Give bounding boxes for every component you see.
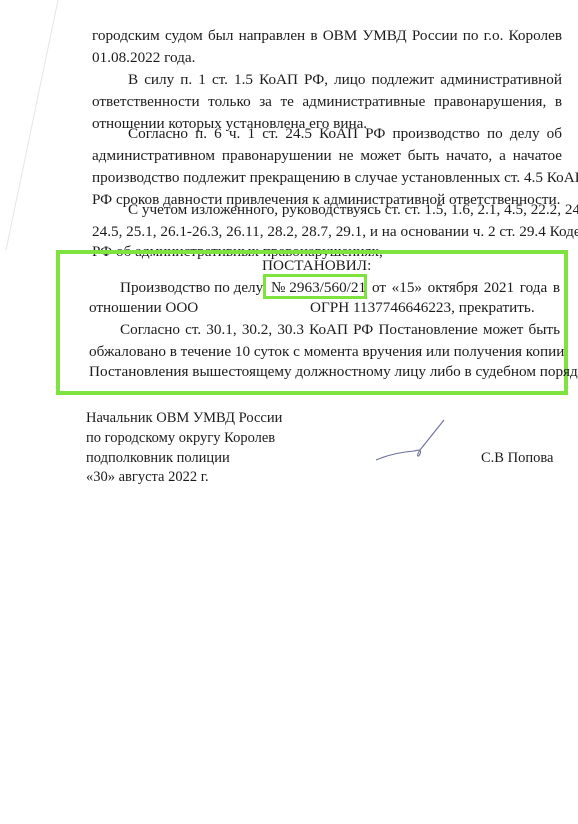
text-line: С учетом изложенного, руководствуясь ст.… [128,200,562,220]
text-line: Постановления вышестоящему должностному … [89,362,578,382]
text-line: 24.5, 25.1, 26.1-26.3, 26.11, 28.2, 28.7… [92,222,562,242]
text-line: В силу п. 1 ст. 1.5 КоАП РФ, лицо подлеж… [128,70,562,90]
signature-block-line: Начальник ОВМ УМВД России [86,408,282,428]
case-number: № 2963/560/21 [271,278,366,298]
document-page: городским судом был направлен в ОВМ УМВД… [0,0,578,824]
text-line: производство подлежит прекращению в случ… [92,168,562,188]
text-line: отношении ООО [89,298,198,318]
signature-block-line: подполковник полиции [86,448,230,468]
resolution-heading: ПОСТАНОВИЛ: [262,256,362,276]
text-line: административном правонарушении не может… [92,146,562,166]
text-line: ответственности только за те администрат… [92,92,562,112]
ogrn-text: ОГРН 1137746646223, прекратить. [310,298,535,318]
text-line: Согласно ст. 30.1, 30.2, 30.3 КоАП РФ По… [120,320,560,340]
text-line: Согласно п. 6 ч. 1 ст. 24.5 КоАП РФ прои… [128,124,562,144]
text-line: обжаловано в течение 10 суток с момента … [89,342,560,362]
text-line: Производство по делу [120,278,263,298]
handwritten-signature [372,416,452,466]
text-line: 01.08.2022 года. [92,48,195,68]
signatory-name: С.В Попова [481,448,553,468]
signature-block-line: «30» августа 2022 г. [86,467,209,487]
signature-block-line: по городскому округу Королев [86,428,275,448]
text-line: городским судом был направлен в ОВМ УМВД… [92,26,562,46]
text-line: от «15» октября 2021 года в [372,278,560,298]
scan-edge-mark [0,0,60,260]
